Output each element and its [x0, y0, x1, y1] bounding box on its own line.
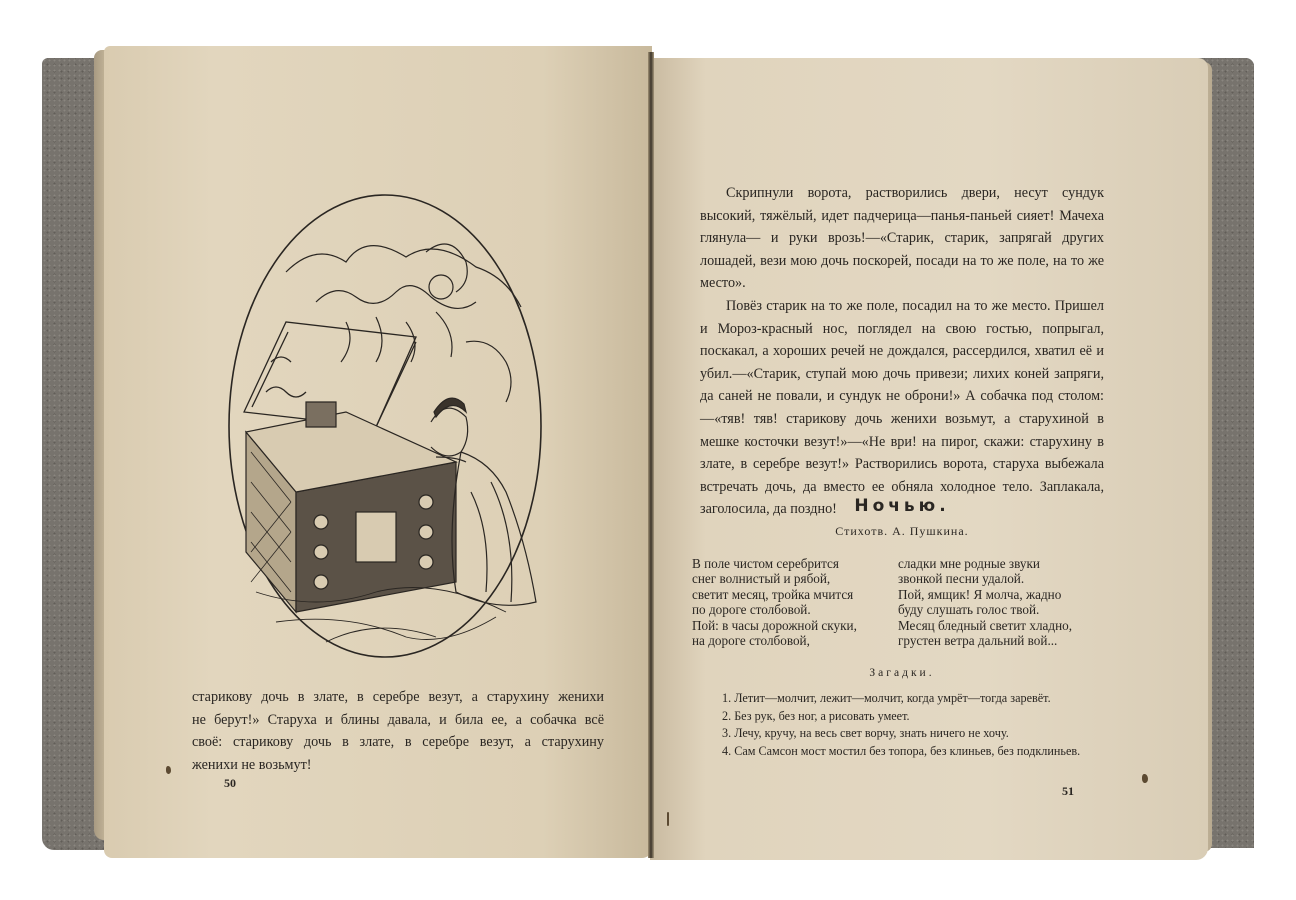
poem-line: на дороге столбовой,	[692, 633, 857, 648]
poem-line: грустен ветра дальний вой...	[898, 633, 1072, 648]
poem-line: по дороге столбовой.	[692, 602, 857, 617]
riddles-list: 1. Летит—молчит, лежит—молчит, когда умр…	[722, 690, 1122, 760]
paper-stain	[166, 766, 171, 774]
left-line-4: женихи не возьмут!	[192, 754, 604, 777]
riddle-item: 3. Лечу, кручу, на весь свет ворчу, знат…	[722, 725, 1122, 743]
paragraph-1: Скрипнули ворота, растворились двери, не…	[700, 182, 1104, 295]
page-number-left: 50	[224, 776, 236, 791]
page-number-right: 51	[1062, 784, 1074, 799]
poem-column-left: В поле чистом серебрится снег волнистый …	[692, 556, 857, 648]
right-page-text: Скрипнули ворота, растворились двери, не…	[700, 182, 1104, 521]
riddle-item: 2. Без рук, без ног, а рисовать умеет.	[722, 708, 1122, 726]
poem-line: буду слушать голос твой.	[898, 602, 1072, 617]
poem-title: Ночью.	[700, 496, 1104, 516]
poem-line: В поле чистом серебрится	[692, 556, 857, 571]
chest-illustration-icon	[226, 192, 544, 660]
poem-line: Пой, ямщик! Я молча, жадно	[898, 587, 1072, 602]
left-line-1: старикову дочь в злате, в серебре везут,…	[192, 686, 604, 709]
illustration-engraving	[226, 192, 544, 660]
poem-line: светит месяц, тройка мчится	[692, 587, 857, 602]
riddle-item: 4. Сам Самсон мост мостил без топора, бе…	[722, 743, 1122, 761]
left-line-2: не берут!» Старуха и блины давала, и бил…	[192, 709, 604, 732]
riddles-title: Загадки.	[700, 667, 1104, 679]
left-page-text: старикову дочь в злате, в серебре везут,…	[192, 686, 604, 776]
riddle-item: 1. Летит—молчит, лежит—молчит, когда умр…	[722, 690, 1122, 708]
book-gutter	[648, 52, 654, 858]
paper-mark	[667, 812, 669, 826]
poem-author: Стихотв. А. Пушкина.	[700, 524, 1104, 539]
left-line-3: своё: старикову дочь в злате, в серебре …	[192, 731, 604, 754]
poem-line: сладки мне родные звуки	[898, 556, 1072, 571]
paper-stain	[1142, 774, 1148, 783]
poem-line: Пой: в часы дорожной скуки,	[692, 618, 857, 633]
poem-line: снег волнистый и рябой,	[692, 571, 857, 586]
poem-line: Месяц бледный светит хладно,	[898, 618, 1072, 633]
poem-column-right: сладки мне родные звуки звонкой песни уд…	[898, 556, 1072, 648]
paragraph-2: Повёз старик на то же поле, посадил на т…	[700, 295, 1104, 521]
poem-line: звонкой песни удалой.	[898, 571, 1072, 586]
